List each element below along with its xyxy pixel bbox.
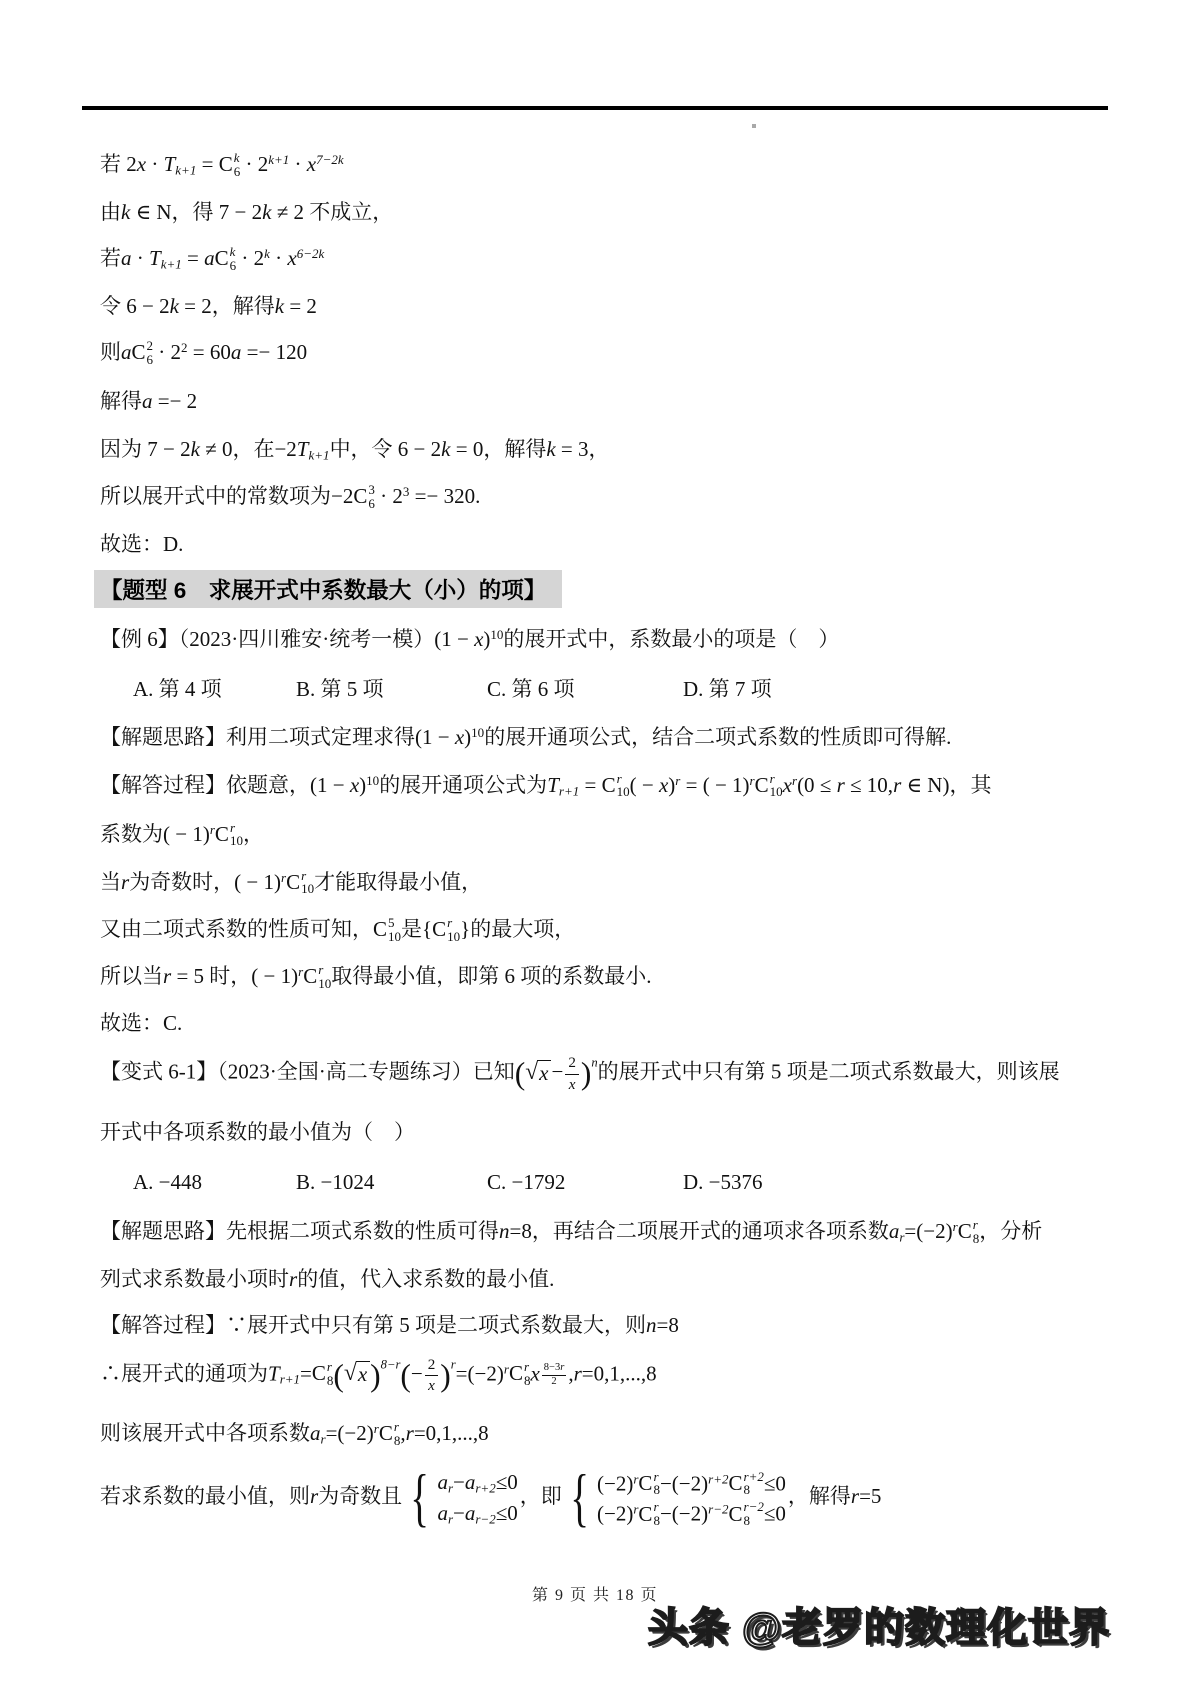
solution-line-7: 因为 7 − 2k ≠ 0，在−2Tk+1中，令 6 − 2k = 0，解得k … [100,424,1100,472]
example-6-process-2: 系数为( − 1)rCr10， [100,809,1100,857]
option-B: B. −1024 [296,1170,487,1195]
variant-6-1-options: A. −448B. −1024C. −1792D. −5376 [100,1157,1100,1207]
option-B: B. 第 5 项 [296,673,487,703]
option-C: C. 第 6 项 [487,673,683,703]
variant-6-1-process-1: 【解答过程】∵展开式中只有第 5 项是二项式系数最大，则n=8 [100,1301,1100,1347]
variant-6-1-process-3: 则该展开式中各项系数ar=(−2)rCr8,r=0,1,...,8 [100,1404,1100,1461]
solution-line-5: 则aC26 · 22 = 60a =− 120 [100,328,1100,375]
example-6-idea: 【解题思路】利用二项式定理求得(1 − x)10的展开通项公式，结合二项式系数的… [100,712,1100,759]
document-page: 若 2x · Tk+1 = Ck6 · 2k+1 · x7−2k由k ∈ N，得… [0,0,1190,1682]
option-D: D. −5376 [683,1170,763,1195]
section-heading-text: 【题型 6 求展开式中系数最大（小）的项】 [94,570,562,608]
example-6-process-5: 所以当r = 5 时，( − 1)rCr10取得最小值，即第 6 项的系数最小. [100,952,1100,999]
variant-6-1-stem-2: 开式中各项系数的最小值为（ ） [100,1104,1100,1157]
solution-line-6: 解得a =− 2 [100,375,1100,424]
example-6-stem: 【例 6】（2023·四川雅安·统考一模）(1 − x)10的展开式中，系数最小… [100,612,1100,664]
variant-6-1-idea-2: 列式求系数最小项时r的值，代入求系数的最小值. [100,1254,1100,1301]
solution-line-1: 若 2x · Tk+1 = Ck6 · 2k+1 · x7−2k [100,140,1100,187]
header-rule [82,106,1108,110]
section-heading: 【题型 6 求展开式中系数最大（小）的项】 [100,566,1100,612]
answer-d: 故选：D. [100,519,1100,566]
variant-6-1-process-2: ∴展开式的通项为Tr+1=Cr8(√x)8−r(−2x)r=(−2)rCr8x8… [100,1347,1100,1404]
example-6-process-4: 又由二项式系数的性质可知，C510是{Cr10}的最大项， [100,905,1100,952]
solution-line-2: 由k ∈ N，得 7 − 2k ≠ 2 不成立， [100,187,1100,234]
solution-line-4: 令 6 − 2k = 2，解得k = 2 [100,281,1100,328]
stray-mark [752,124,756,128]
variant-6-1-idea-1: 【解题思路】先根据二项式系数的性质可得n=8，再结合二项展开式的通项求各项系数a… [100,1207,1100,1254]
example-6-process-3: 当r为奇数时，( − 1)rCr10才能取得最小值， [100,857,1100,905]
variant-6-1-process-4: 若求系数的最小值，则r为奇数且{ar−ar+2≤0ar−ar−2≤0，即{(−2… [100,1461,1100,1536]
option-D: D. 第 7 项 [683,673,772,703]
example-6-process-1: 【解答过程】依题意，(1 − x)10的展开通项公式为Tr+1 = Cr10( … [100,759,1100,809]
document-body: 若 2x · Tk+1 = Ck6 · 2k+1 · x7−2k由k ∈ N，得… [100,140,1100,1536]
solution-line-8: 所以展开式中的常数项为−2C36 · 23 =− 320. [100,472,1100,519]
example-6-options: A. 第 4 项B. 第 5 项C. 第 6 项D. 第 7 项 [100,664,1100,712]
answer-c: 故选：C. [100,999,1100,1044]
option-C: C. −1792 [487,1170,683,1195]
option-A: A. 第 4 项 [133,673,296,703]
option-A: A. −448 [133,1170,296,1195]
solution-line-3: 若a · Tk+1 = aCk6 · 2k · x6−2k [100,234,1100,281]
watermark: 头条 @老罗的数理化世界 [648,1596,1110,1653]
variant-6-1-stem-1: 【变式 6-1】（2023·全国·高二专题练习）已知(√x−2x)n的展开式中只… [100,1044,1100,1104]
